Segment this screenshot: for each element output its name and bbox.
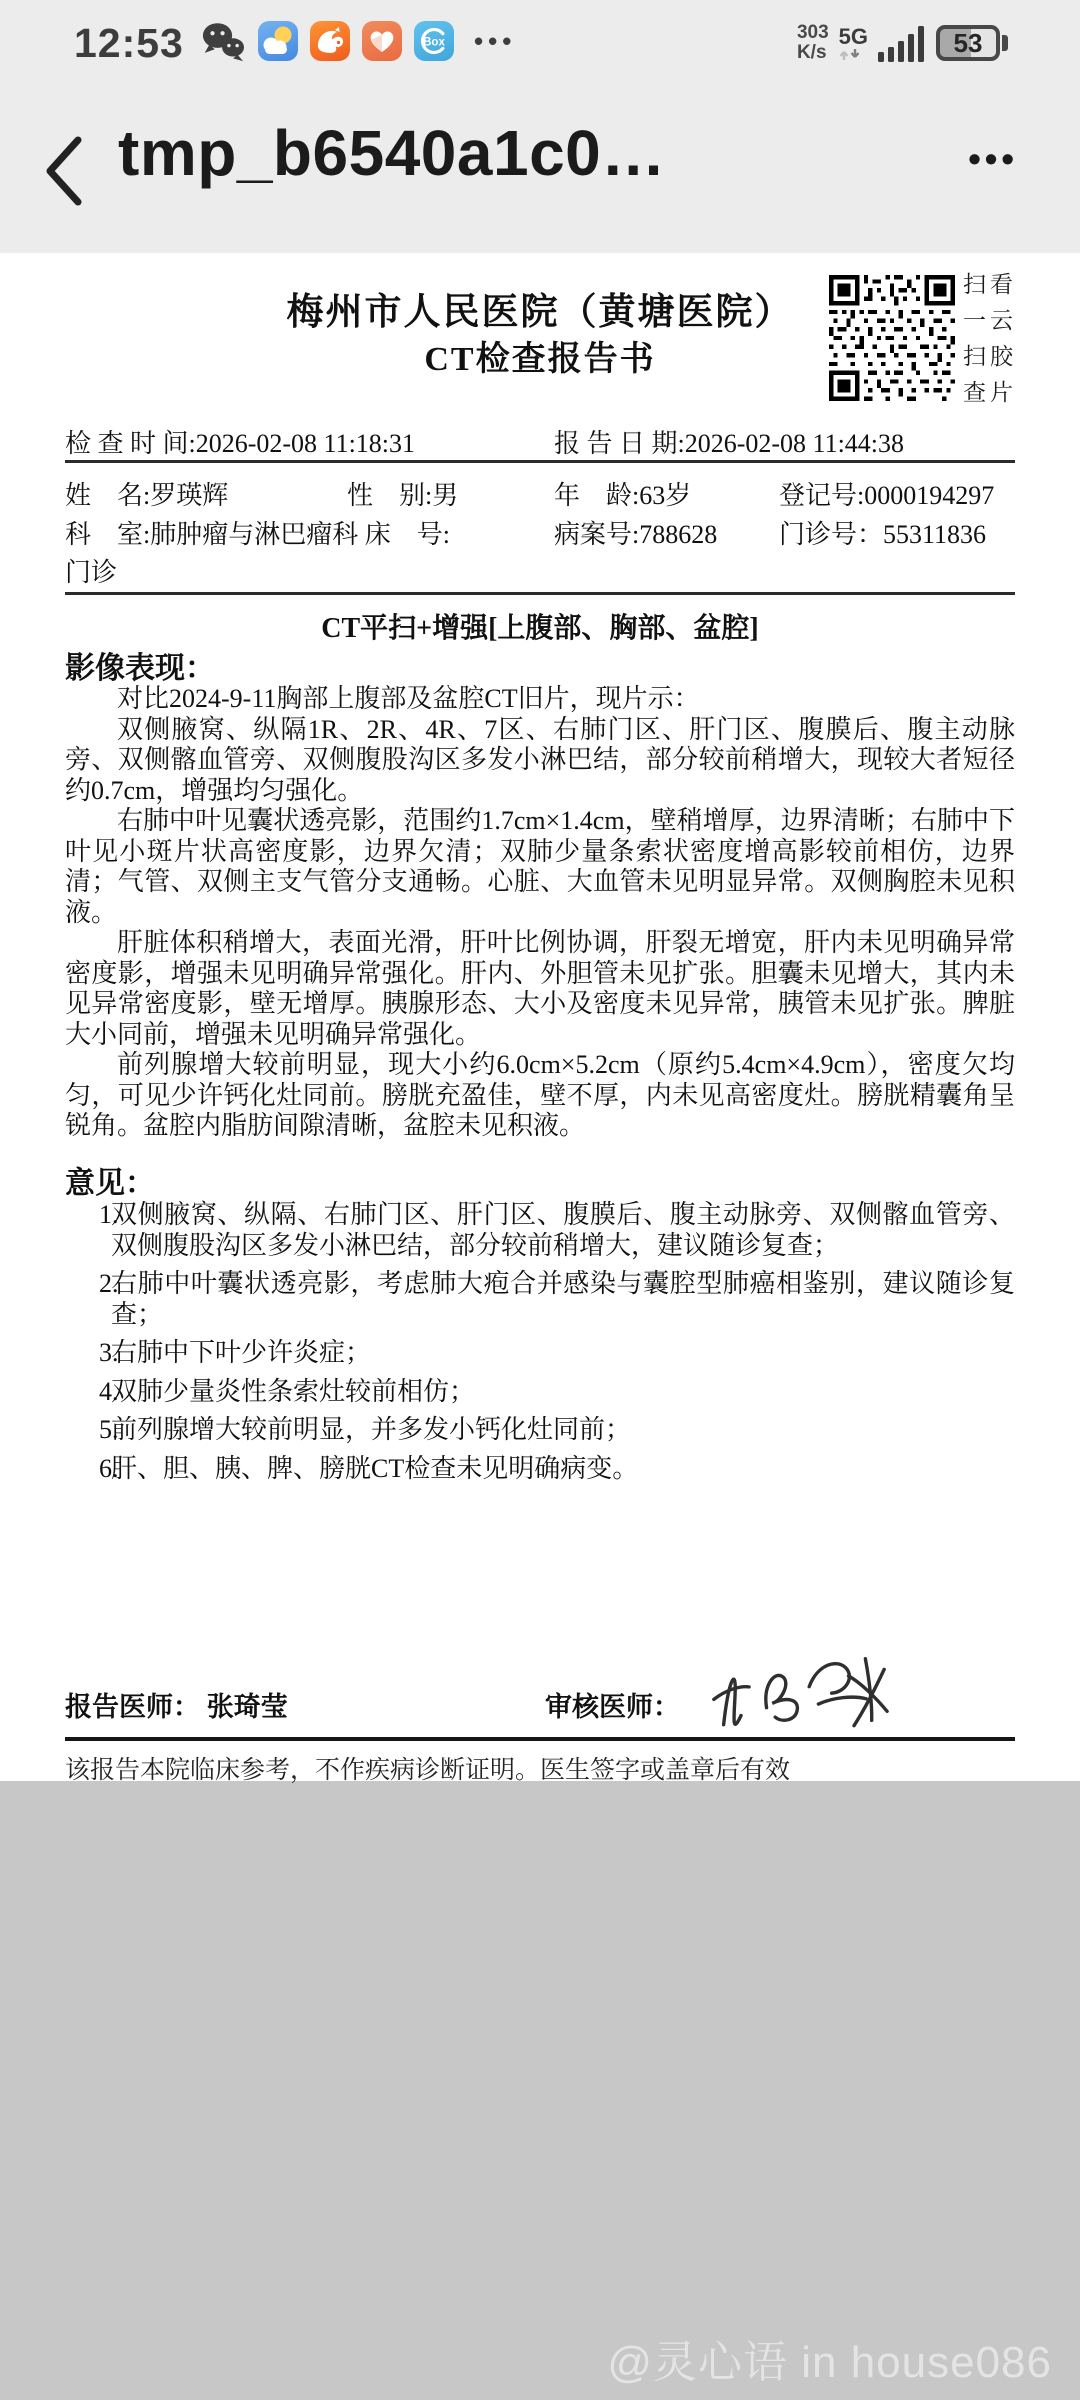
footer-divider [65, 1737, 1015, 1741]
name-label: 姓 名: [65, 481, 150, 510]
exam-time: 检 查 时 间:2026-02-08 11:18:31 [65, 423, 415, 460]
phone-screen: 12:53 [0, 0, 1080, 2400]
qr-block: 扫看 一云 扫胶 查片 [829, 271, 1015, 421]
findings-paragraph: 前列腺增大较前明显，现大小约6.0cm×5.2cm（原约5.4cm×4.9cm）… [65, 1050, 1015, 1142]
opinion-item: 2.右肺中叶囊状透亮影，考虑肺大疱合并感染与囊腔型肺癌相鉴别，建议随诊复查； [65, 1269, 1015, 1330]
registration-no: 登记号:0000194297 [779, 475, 994, 512]
opinion-heading: 意见： [65, 1158, 155, 1202]
document-viewport[interactable]: 梅州市人民医院（黄塘医院） CT检查报告书 [0, 253, 1080, 1781]
opinion-item: 3.右肺中下叶少许炎症； [65, 1338, 1015, 1369]
battery-indicator: 53 [936, 25, 1008, 61]
battery-percent: 53 [954, 28, 983, 59]
report-date-value: 2026-02-08 11:44:38 [685, 429, 904, 458]
opinion-item: 6.肝、胆、胰、脾、膀胱CT检查未见明确病变。 [65, 1454, 1015, 1485]
opinion-list: 1.双侧腋窝、纵隔、右肺门区、肝门区、腹膜后、腹主动脉旁、双侧髂血管旁、双侧腹股… [65, 1200, 1015, 1492]
age-value: 63岁 [639, 481, 691, 510]
sex-value: 男 [432, 481, 458, 510]
patient-name: 姓 名:罗瑛辉 [65, 475, 228, 512]
opinion-number: 3. [65, 1338, 111, 1369]
opinion-text: 右肺中下叶少许炎症； [111, 1338, 1015, 1369]
signal-bars-icon [878, 24, 926, 62]
opinion-text: 右肺中叶囊状透亮影，考虑肺大疱合并感染与囊腔型肺癌相鉴别，建议随诊复查； [111, 1269, 1015, 1330]
opinion-number: 4. [65, 1377, 111, 1408]
patient-sex: 性 别:男 [347, 475, 458, 512]
opd-value: 55311836 [883, 520, 986, 549]
opinion-item: 4.双肺少量炎性条索灶较前相仿； [65, 1377, 1015, 1408]
dept-value: 肺肿瘤与淋巴瘤科 [150, 520, 358, 549]
uc-browser-icon [310, 21, 350, 61]
report-content: 梅州市人民医院（黄塘医院） CT检查报告书 [65, 253, 1015, 1781]
qr-caption-line: 一云 [963, 307, 1015, 334]
divider [65, 460, 1015, 463]
findings-paragraph: 右肺中叶见囊状透亮影，范围约1.7cm×1.4cm，壁稍增厚，边界清晰；右肺中下… [65, 806, 1015, 928]
status-bar: 12:53 [0, 0, 1080, 86]
opinion-number: 2. [65, 1269, 111, 1330]
report-date: 报 告 日 期:2026-02-08 11:44:38 [554, 423, 904, 460]
divider [65, 592, 1015, 595]
opinion-number: 5. [65, 1415, 111, 1446]
name-value: 罗瑛辉 [150, 481, 228, 510]
exam-title: CT平扫+增强[上腹部、胸部、盆腔] [65, 606, 1015, 646]
findings-body: 对比2024-9-11胸部上腹部及盆腔CT旧片，现片示： 双侧腋窝、纵隔1R、2… [65, 684, 1015, 1142]
findings-paragraph: 双侧腋窝、纵隔1R、2R、4R、7区、右肺门区、肝门区、腹膜后、腹主动脉旁、双侧… [65, 715, 1015, 807]
age-label: 年 龄: [554, 481, 639, 510]
reporter-label: 报告医师： [65, 1692, 200, 1722]
opinion-number: 1. [65, 1200, 111, 1261]
opinion-text: 双侧腋窝、纵隔、右肺门区、肝门区、腹膜后、腹主动脉旁、双侧髂血管旁、双侧腹股沟区… [111, 1200, 1015, 1261]
weather-app-icon [258, 21, 298, 61]
findings-paragraph: 对比2024-9-11胸部上腹部及盆腔CT旧片，现片示： [65, 684, 1015, 715]
network-type-label: 5G [839, 26, 868, 48]
qr-caption: 扫看 一云 扫胶 查片 [963, 271, 1015, 406]
title-bar: tmp_b6540a1c0… ••• [0, 86, 1080, 253]
status-right-cluster: 303 K/s 5G 53 [797, 0, 1008, 86]
svg-text:Box: Box [423, 37, 445, 49]
opinion-item: 5.前列腺增大较前明显，并多发小钙化灶同前； [65, 1415, 1015, 1446]
menu-button[interactable]: ••• [968, 138, 1018, 180]
sex-label: 性 别: [347, 481, 432, 510]
network-type-block: 5G [839, 26, 868, 61]
opinion-text: 双肺少量炎性条索灶较前相仿； [111, 1377, 1015, 1408]
regno-value: 0000194297 [864, 481, 994, 510]
qr-caption-line: 扫看 [963, 271, 1015, 298]
findings-heading: 影像表现： [65, 643, 215, 687]
document-filename: tmp_b6540a1c0… [118, 116, 908, 190]
clock: 12:53 [74, 20, 184, 67]
reporter-name: 张琦莹 [207, 1692, 288, 1722]
notification-icons: Box ••• [200, 20, 516, 62]
report-date-label: 报 告 日 期: [554, 429, 685, 458]
case-label: 病案号: [554, 520, 639, 549]
battery-body: 53 [936, 25, 1000, 61]
network-speed-unit: K/s [797, 43, 829, 63]
opinion-item: 1.双侧腋窝、纵隔、右肺门区、肝门区、腹膜后、腹主动脉旁、双侧髂血管旁、双侧腹股… [65, 1200, 1015, 1261]
data-arrows-icon [839, 48, 863, 61]
department-bed: 科 室:肺肿瘤与淋巴瘤科 床 号: [65, 514, 450, 551]
health-heart-icon [362, 21, 402, 61]
network-speed: 303 K/s [797, 23, 829, 63]
watermark-text: @灵心语 in house086 [607, 2326, 1052, 2390]
network-speed-value: 303 [797, 23, 829, 43]
outpatient-no: 门诊号：55311836 [779, 514, 986, 551]
reviewer-label: 审核医师： [545, 1692, 680, 1722]
visit-type: 门诊 [65, 552, 117, 589]
battery-nub [1002, 35, 1008, 51]
opd-label: 门诊号： [779, 520, 883, 549]
opinion-text: 肝、胆、胰、脾、膀胱CT检查未见明确病变。 [111, 1454, 1015, 1485]
box-app-icon: Box [414, 21, 454, 61]
back-button[interactable] [38, 134, 90, 208]
findings-paragraph: 肝脏体积稍增大，表面光滑，肝叶比例协调，肝裂无增宽，肝内未见明确异常密度影，增强… [65, 928, 1015, 1050]
qr-caption-line: 查片 [963, 379, 1015, 406]
bed-label: 床 号: [365, 520, 450, 549]
regno-label: 登记号: [779, 481, 864, 510]
qr-code [829, 275, 955, 401]
qr-caption-line: 扫胶 [963, 343, 1015, 370]
opinion-text: 前列腺增大较前明显，并多发小钙化灶同前； [111, 1415, 1015, 1446]
reviewer-signature [696, 1634, 914, 1763]
exam-time-value: 2026-02-08 11:18:31 [196, 429, 415, 458]
opinion-number: 6. [65, 1454, 111, 1485]
patient-age: 年 龄:63岁 [554, 475, 691, 512]
reviewing-doctor: 审核医师： [545, 1685, 680, 1724]
disclaimer-text: 该报告本院临床参考，不作疾病诊断证明。医生签字或盖章后有效 [65, 1750, 790, 1786]
case-no: 病案号:788628 [554, 514, 717, 551]
reporting-doctor: 报告医师： 张琦莹 [65, 1685, 288, 1724]
wechat-icon [200, 20, 246, 62]
status-more-dots: ••• [466, 26, 516, 57]
exam-time-label: 检 查 时 间: [65, 429, 196, 458]
dept-label: 科 室: [65, 520, 150, 549]
case-value: 788628 [639, 520, 717, 549]
